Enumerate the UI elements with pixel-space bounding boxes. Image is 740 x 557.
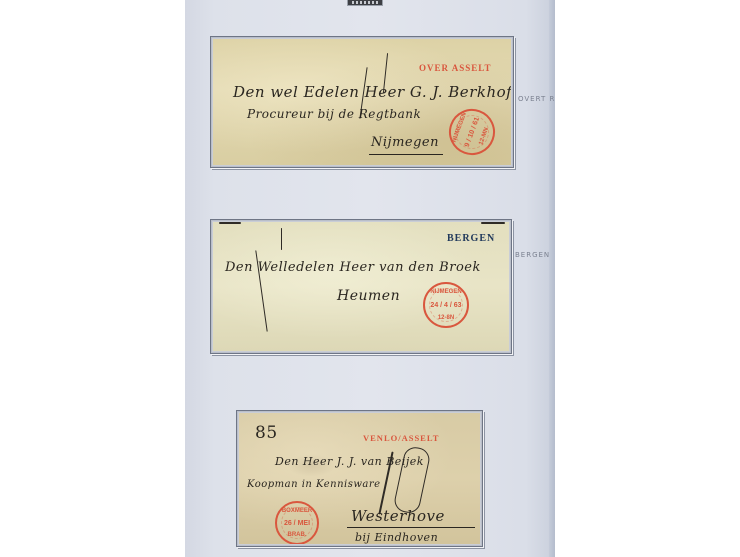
side-note: BERGEN: [515, 251, 550, 259]
side-note: OVERT R: [518, 95, 555, 103]
address-underline: [347, 527, 475, 528]
postmark: NIJMEGEN 9 / 10 / 61 12-MN: [443, 103, 502, 162]
envelope: 85 VENLO/ASSELT Den Heer J. J. van Beije…: [239, 413, 480, 544]
manuscript-mark: [281, 228, 282, 250]
cover-2: BERGEN Den Welledelen Heer van den Broek…: [210, 219, 512, 354]
postmark: BOXMEER 26 / MEI BRAB.: [275, 501, 319, 544]
address-line: Heumen: [337, 288, 400, 304]
address-line: Westerhove: [351, 507, 445, 525]
handstamp: VENLO/ASSELT: [363, 433, 439, 443]
postmark: NIJMEGEN 24 / 4 / 63 12-8N: [423, 282, 469, 328]
address-line: Koopman in Kennisware: [247, 479, 381, 490]
envelope: BERGEN Den Welledelen Heer van den Broek…: [213, 222, 509, 351]
top-edge-mark: [481, 222, 505, 224]
handstamp: OVER ASSELT: [419, 63, 491, 73]
manuscript-number: 85: [255, 423, 278, 443]
address-line: Procureur bij de Regtbank: [247, 107, 421, 121]
address-line: Nijmegen: [371, 135, 439, 150]
envelope: OVER ASSELT Den wel Edelen Heer G. J. Be…: [213, 39, 511, 165]
page-label-tag: [347, 0, 383, 6]
cover-3: 85 VENLO/ASSELT Den Heer J. J. van Beije…: [236, 410, 483, 547]
address-line: bij Eindhoven: [355, 531, 438, 544]
top-edge-mark: [219, 222, 241, 224]
cover-1: OVER ASSELT Den wel Edelen Heer G. J. Be…: [210, 36, 514, 168]
address-line: Den wel Edelen Heer G. J. Berkhoff: [233, 83, 511, 101]
address-line: Den Heer J. J. van Beijek: [275, 455, 424, 468]
page-edge: [549, 0, 555, 557]
address-line: Den Welledelen Heer van den Broek: [225, 260, 481, 275]
address-underline: [369, 154, 443, 155]
handstamp: BERGEN: [447, 233, 495, 244]
